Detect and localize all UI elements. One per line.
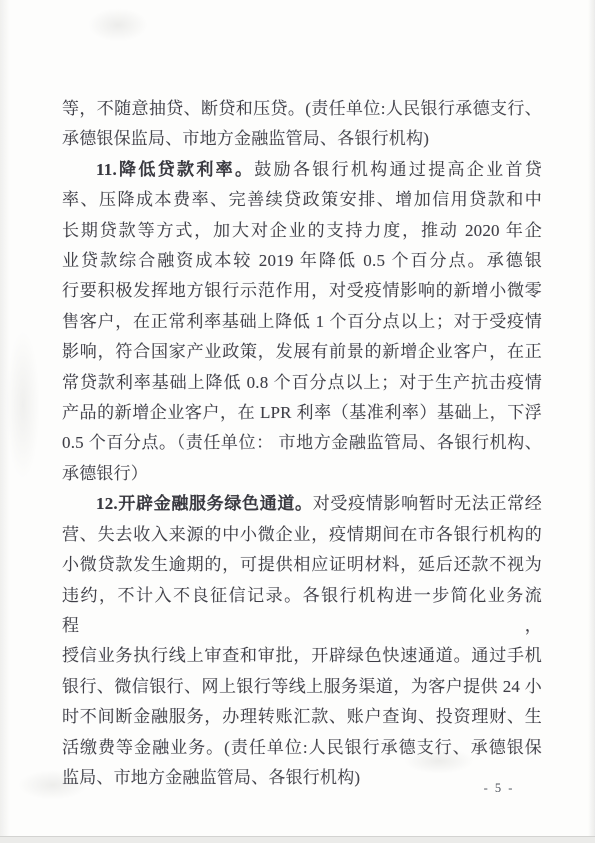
body-text: 长期贷款等方式，加大对企业的支持力度，推动 2020 年企 bbox=[62, 221, 542, 240]
text-line: 行要积极发挥地方银行示范作用，对受疫情影响的新增小微零 bbox=[62, 276, 542, 306]
item-heading: 11.降低贷款利率。 bbox=[96, 160, 254, 179]
text-line: 率、压降成本费率、完善续贷政策安排、增加信用贷款和中 bbox=[62, 185, 542, 215]
scan-artifact bbox=[88, 8, 148, 42]
text-line: 等，不随意抽贷、断贷和压贷。(责任单位:人民银行承德支行、 bbox=[62, 94, 542, 124]
body-text: 时不间断金融服务，办理转账汇款、账户查询、投资理财、生 bbox=[62, 707, 542, 726]
text-line: 小微贷款发生逾期的，可提供相应证明材料，延后还款不视为 bbox=[62, 550, 542, 580]
body-text: 营、失去收入来源的中小微企业，疫情期间在市各银行机构的 bbox=[62, 525, 542, 544]
body-text: 小微贷款发生逾期的，可提供相应证明材料，延后还款不视为 bbox=[62, 555, 542, 574]
responsibility-note: (责任单位:人民银行承德支行、承德银保 bbox=[224, 738, 542, 757]
body-text: 活缴费等金融业务。 bbox=[62, 738, 224, 757]
text-line: 承德银行） bbox=[62, 459, 542, 489]
text-line: 时不间断金融服务，办理转账汇款、账户查询、投资理财、生 bbox=[62, 702, 542, 732]
text-line: 业贷款综合融资成本较 2019 年降低 0.5 个百分点。承德银 bbox=[62, 246, 542, 276]
text-line: 11.降低贷款利率。鼓励各银行机构通过提高企业首贷 bbox=[62, 155, 542, 185]
body-text: 行要积极发挥地方银行示范作用，对受疫情影响的新增小微零 bbox=[62, 281, 542, 300]
text-line: 授信业务执行线上审查和审批，开辟绿色快速通道。通过手机 bbox=[62, 641, 542, 671]
body-text: 授信业务执行线上审查和审批，开辟绿色快速通道。通过手机 bbox=[62, 646, 542, 665]
responsibility-note: 承德银保监局、市地方金融监管局、各银行机构) bbox=[62, 129, 429, 148]
page-right-edge-shadow bbox=[588, 0, 595, 843]
scan-artifact bbox=[6, 330, 40, 480]
text-line: 售客户，在正常利率基础上降低 1 个百分点以上；对于受疫情 bbox=[62, 307, 542, 337]
body-text: 鼓励各银行机构通过提高企业首贷 bbox=[254, 160, 542, 179]
text-line: 活缴费等金融业务。(责任单位:人民银行承德支行、承德银保 bbox=[62, 733, 542, 763]
text-line: 0.5 个百分点。（责任单位： 市地方金融监管局、各银行机构、 bbox=[62, 428, 542, 458]
responsibility-note: 监局、市地方金融监管局、各银行机构) bbox=[62, 768, 360, 787]
body-text: 银行、微信银行、网上银行等线上服务渠道，为客户提供 24 小 bbox=[62, 677, 542, 696]
text-line: 12.开辟金融服务绿色通道。对受疫情影响暂时无法正常经 bbox=[62, 489, 542, 519]
responsibility-note: （责任单位： 市地方金融监管局、各银行机构、 bbox=[177, 433, 542, 452]
body-text: 常贷款利率基础上降低 0.8 个百分点以上；对于生产抗击疫情 bbox=[62, 373, 542, 392]
text-line: 产品的新增企业客户，在 LPR 利率（基准利率）基础上，下浮 bbox=[62, 398, 542, 428]
para-item-12: 12.开辟金融服务绿色通道。对受疫情影响暂时无法正常经营、失去收入来源的中小微企… bbox=[62, 489, 542, 793]
text-line: 违约，不计入不良征信记录。各银行机构进一步简化业务流程， bbox=[62, 581, 542, 642]
text-line: 常贷款利率基础上降低 0.8 个百分点以上；对于生产抗击疫情 bbox=[62, 368, 542, 398]
page-left-edge-shadow bbox=[0, 0, 10, 843]
text-line: 长期贷款等方式，加大对企业的支持力度，推动 2020 年企 bbox=[62, 216, 542, 246]
text-line: 承德银保监局、市地方金融监管局、各银行机构) bbox=[62, 124, 542, 154]
para-responsibility-continued: 等，不随意抽贷、断贷和压贷。(责任单位:人民银行承德支行、承德银保监局、市地方金… bbox=[62, 94, 542, 155]
page-number: - 5 - bbox=[453, 781, 545, 796]
text-line: 影响，符合国家产业政策，发展有前景的新增企业客户，在正 bbox=[62, 337, 542, 367]
document-page: 等，不随意抽贷、断贷和压贷。(责任单位:人民银行承德支行、承德银保监局、市地方金… bbox=[0, 0, 595, 843]
body-text: 等，不随意抽贷、断贷和压贷。 bbox=[62, 99, 305, 118]
body-text: 违约，不计入不良征信记录。各银行机构进一步简化业务流程， bbox=[62, 586, 542, 635]
body-text: 率、压降成本费率、完善续贷政策安排、增加信用贷款和中 bbox=[62, 190, 542, 209]
body-text: 业贷款综合融资成本较 2019 年降低 0.5 个百分点。承德银 bbox=[62, 251, 542, 270]
body-text: 售客户，在正常利率基础上降低 1 个百分点以上；对于受疫情 bbox=[62, 312, 542, 331]
body-text: 影响，符合国家产业政策，发展有前景的新增企业客户，在正 bbox=[62, 342, 542, 361]
page-bottom-edge bbox=[0, 836, 595, 843]
responsibility-note: 承德银行） bbox=[62, 464, 148, 483]
text-line: 银行、微信银行、网上银行等线上服务渠道，为客户提供 24 小 bbox=[62, 672, 542, 702]
text-line: 营、失去收入来源的中小微企业，疫情期间在市各银行机构的 bbox=[62, 520, 542, 550]
body-text: 产品的新增企业客户，在 LPR 利率（基准利率）基础上，下浮 bbox=[62, 403, 542, 422]
body-text: 对受疫情影响暂时无法正常经 bbox=[313, 494, 542, 513]
para-item-11: 11.降低贷款利率。鼓励各银行机构通过提高企业首贷率、压降成本费率、完善续贷政策… bbox=[62, 155, 542, 489]
responsibility-note: (责任单位:人民银行承德支行、 bbox=[305, 99, 542, 118]
item-heading: 12.开辟金融服务绿色通道。 bbox=[96, 494, 313, 513]
body-text: 0.5 个百分点。 bbox=[62, 433, 177, 452]
document-body: 等，不随意抽贷、断贷和压贷。(责任单位:人民银行承德支行、承德银保监局、市地方金… bbox=[62, 94, 542, 793]
